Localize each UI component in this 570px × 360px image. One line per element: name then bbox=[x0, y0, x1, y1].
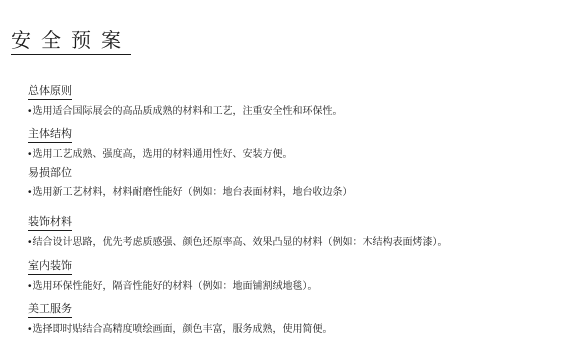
bullet-icon: • bbox=[28, 148, 32, 162]
bullet-icon: • bbox=[28, 280, 32, 294]
bullet-line: •选用适合国际展会的高品质成熟的材料和工艺，注重安全性和环保性。 bbox=[28, 105, 562, 119]
section-decorative-materials: 装饰材料 •结合设计思路，优先考虑质感强、颜色还原率高、效果凸显的材料（例如：木… bbox=[28, 214, 562, 250]
section-heading: 装饰材料 bbox=[28, 215, 72, 231]
section-wear-parts: 易损部位 •选用新工艺材料，材料耐磨性能好（例如：地台表面材料，地台收边条） bbox=[28, 165, 562, 200]
heading-line: 室内装饰 bbox=[28, 258, 562, 275]
bullet-line: •选用环保性能好，隔音性能好的材料（例如：地面铺割绒地毯）。 bbox=[28, 280, 562, 294]
section-heading: 室内装饰 bbox=[28, 259, 72, 275]
bullet-icon: • bbox=[28, 236, 32, 250]
bullet-icon: • bbox=[28, 186, 32, 200]
section-heading: 美工服务 bbox=[28, 302, 72, 318]
section-heading: 主体结构 bbox=[28, 127, 72, 143]
bullet-text: 选用工艺成熟、强度高，选用的材料通用性好、安装方便。 bbox=[33, 149, 293, 160]
heading-line: 总体原则 bbox=[28, 83, 562, 100]
bullet-line: •结合设计思路，优先考虑质感强、颜色还原率高、效果凸显的材料（例如：木结构表面烤… bbox=[28, 236, 562, 250]
bullet-icon: • bbox=[28, 323, 32, 337]
slide-canvas: { "slide": { "title": "安全预案", "bullet_ch… bbox=[0, 0, 570, 360]
bullet-line: •选用工艺成熟、强度高，选用的材料通用性好、安装方便。 bbox=[28, 148, 562, 162]
bullet-line: •选用新工艺材料，材料耐磨性能好（例如：地台表面材料，地台收边条） bbox=[28, 186, 562, 200]
heading-line: 装饰材料 bbox=[28, 214, 562, 231]
heading-line: 主体结构 bbox=[28, 126, 562, 143]
bullet-text: 选用新工艺材料，材料耐磨性能好（例如：地台表面材料，地台收边条） bbox=[33, 187, 353, 198]
section-interior-decoration: 室内装饰 •选用环保性能好，隔音性能好的材料（例如：地面铺割绒地毯）。 bbox=[28, 258, 562, 294]
section-heading: 总体原则 bbox=[28, 84, 72, 100]
slide-title: 安全预案 bbox=[11, 30, 131, 55]
heading-line: 易损部位 bbox=[28, 165, 562, 181]
bullet-line: •选择即时贴结合高精度喷绘画面，颜色丰富，服务成熟，使用简便。 bbox=[28, 323, 562, 337]
section-general-principles: 总体原则 •选用适合国际展会的高品质成熟的材料和工艺，注重安全性和环保性。 bbox=[28, 83, 562, 119]
bullet-text: 选用适合国际展会的高品质成熟的材料和工艺，注重安全性和环保性。 bbox=[33, 106, 343, 117]
slide-body: 总体原则 •选用适合国际展会的高品质成熟的材料和工艺，注重安全性和环保性。 主体… bbox=[28, 83, 562, 337]
section-main-structure: 主体结构 •选用工艺成熟、强度高，选用的材料通用性好、安装方便。 bbox=[28, 126, 562, 162]
bullet-text: 结合设计思路，优先考虑质感强、颜色还原率高、效果凸显的材料（例如：木结构表面烤漆… bbox=[33, 237, 448, 248]
heading-line: 美工服务 bbox=[28, 301, 562, 318]
bullet-icon: • bbox=[28, 105, 32, 119]
section-art-services: 美工服务 •选择即时贴结合高精度喷绘画面，颜色丰富，服务成熟，使用简便。 bbox=[28, 301, 562, 337]
bullet-text: 选择即时贴结合高精度喷绘画面，颜色丰富，服务成熟，使用简便。 bbox=[33, 324, 333, 335]
bullet-text: 选用环保性能好，隔音性能好的材料（例如：地面铺割绒地毯）。 bbox=[33, 281, 318, 292]
section-heading: 易损部位 bbox=[28, 166, 72, 181]
